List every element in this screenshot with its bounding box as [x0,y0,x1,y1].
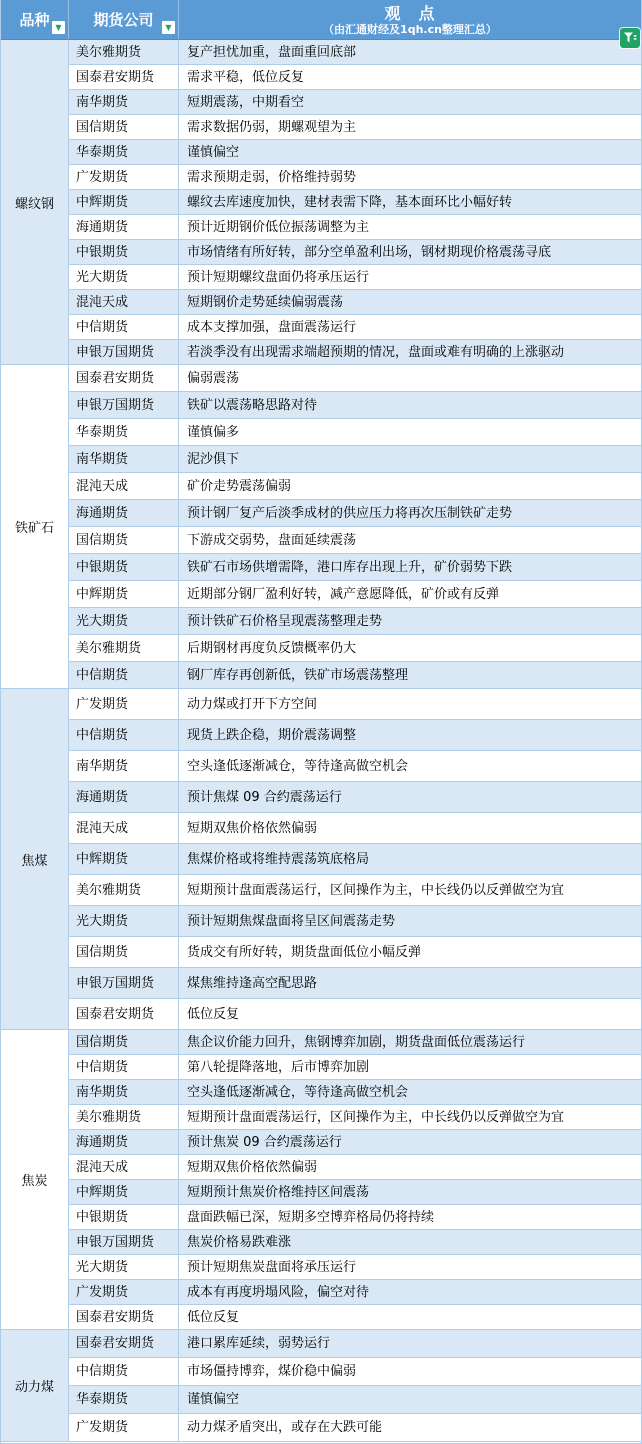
company-cell: 混沌天成 [69,1155,179,1179]
commodity-section-动力煤: 动力煤 国泰君安期货 港口累库延续，弱势运行 中信期货 市场僵持博弈，煤价稳中偏… [1,1330,641,1442]
table-row: 华泰期货 谨慎偏多 [69,419,641,446]
company-cell: 国泰君安期货 [69,1330,179,1357]
company-cell: 华泰期货 [69,419,179,445]
table-header: 品种 ▼ 期货公司 ▼ 观 点 （由汇通财经及1qh.cn整理汇总） [1,0,641,40]
table-row: 海通期货 预计焦炭 09 合约震荡运行 [69,1130,641,1155]
funnel-glyph [623,31,637,45]
filter-funnel-icon[interactable] [620,28,640,48]
section-rows: 美尔雅期货 复产担忧加重，盘面重回底部 国泰君安期货 需求平稳，低位反复 南华期… [69,40,641,365]
company-cell: 中辉期货 [69,190,179,214]
category-label: 螺纹钢 [15,193,54,212]
table-row: 中信期货 第八轮提降落地，后市博弈加剧 [69,1055,641,1080]
table-row: 南华期货 空头逢低逐渐减仓，等待逢高做空机会 [69,751,641,782]
table-row: 申银万国期货 煤焦维持逢高空配思路 [69,968,641,999]
table-row: 国信期货 焦企议价能力回升，焦钢博弈加剧，期货盘面低位震荡运行 [69,1030,641,1055]
opinion-cell: 偏弱震荡 [179,365,641,391]
company-cell: 国泰君安期货 [69,365,179,391]
company-cell: 中信期货 [69,720,179,750]
variety-header-label: 品种 [19,9,49,30]
category-label: 铁矿石 [15,517,54,536]
company-cell: 美尔雅期货 [69,1105,179,1129]
commodity-section-焦煤: 焦煤 广发期货 动力煤或打开下方空间 中信期货 现货上跌企稳，期价震荡调整 南华… [1,689,641,1030]
company-cell: 中银期货 [69,1205,179,1229]
table-row: 中信期货 钢厂库存再创新低，铁矿市场震荡整理 [69,662,641,689]
company-cell: 中辉期货 [69,844,179,874]
table-row: 美尔雅期货 短期预计盘面震荡运行，区间操作为主，中长线仍以反弹做空为宜 [69,1105,641,1130]
category-label: 焦炭 [21,1170,47,1189]
company-cell: 中辉期货 [69,581,179,607]
table-row: 广发期货 动力煤或打开下方空间 [69,689,641,720]
opinion-cell: 近期部分钢厂盈利好转，减产意愿降低，矿价或有反弹 [179,581,641,607]
table-row: 国泰君安期货 需求平稳，低位反复 [69,65,641,90]
company-cell: 华泰期货 [69,1386,179,1413]
opinion-cell: 空头逢低逐渐减仓，等待逢高做空机会 [179,751,641,781]
opinion-cell: 螺纹去库速度加快，建材表需下降，基本面环比小幅好转 [179,190,641,214]
column-header-variety: 品种 ▼ [1,0,69,39]
table-row: 中辉期货 焦煤价格或将维持震荡筑底格局 [69,844,641,875]
opinion-cell: 动力煤或打开下方空间 [179,689,641,719]
company-cell: 海通期货 [69,500,179,526]
company-cell: 海通期货 [69,782,179,812]
opinion-cell: 短期钢价走势延续偏弱震荡 [179,290,641,314]
company-cell: 美尔雅期货 [69,875,179,905]
table-row: 国泰君安期货 偏弱震荡 [69,365,641,392]
company-cell: 混沌天成 [69,473,179,499]
company-cell: 中辉期货 [69,1180,179,1204]
opinion-cell: 泥沙俱下 [179,446,641,472]
commodity-section-焦炭: 焦炭 国信期货 焦企议价能力回升，焦钢博弈加剧，期货盘面低位震荡运行 中信期货 … [1,1030,641,1330]
company-cell: 广发期货 [69,165,179,189]
company-cell: 南华期货 [69,751,179,781]
column-header-company: 期货公司 ▼ [69,0,179,39]
opinion-cell: 需求预期走弱，价格维持弱势 [179,165,641,189]
company-cell: 南华期货 [69,1080,179,1104]
company-cell: 国信期货 [69,1030,179,1054]
table-row: 美尔雅期货 短期预计盘面震荡运行，区间操作为主，中长线仍以反弹做空为宜 [69,875,641,906]
category-label: 焦煤 [21,850,47,869]
opinion-cell: 第八轮提降落地，后市博弈加剧 [179,1055,641,1079]
opinion-cell: 预计铁矿石价格呈现震荡整理走势 [179,608,641,634]
column-header-viewpoint: 观 点 （由汇通财经及1qh.cn整理汇总） [179,0,641,39]
company-cell: 海通期货 [69,1130,179,1154]
opinion-cell: 预计短期焦煤盘面将呈区间震荡走势 [179,906,641,936]
commodity-section-铁矿石: 铁矿石 国泰君安期货 偏弱震荡 申银万国期货 铁矿以震荡略思路对待 华泰期货 谨… [1,365,641,689]
opinion-cell: 焦企议价能力回升，焦钢博弈加剧，期货盘面低位震荡运行 [179,1030,641,1054]
table-row: 中信期货 成本支撑加强，盘面震荡运行 [69,315,641,340]
table-row: 混沌天成 短期钢价走势延续偏弱震荡 [69,290,641,315]
table-row: 南华期货 泥沙俱下 [69,446,641,473]
table-row: 光大期货 预计短期螺纹盘面仍将承压运行 [69,265,641,290]
table-row: 中辉期货 短期预计焦炭价格维持区间震荡 [69,1180,641,1205]
opinion-cell: 钢厂库存再创新低，铁矿市场震荡整理 [179,662,641,688]
company-cell: 广发期货 [69,689,179,719]
company-cell: 混沌天成 [69,290,179,314]
section-rows: 广发期货 动力煤或打开下方空间 中信期货 现货上跌企稳，期价震荡调整 南华期货 … [69,689,641,1030]
company-cell: 中银期货 [69,240,179,264]
opinion-cell: 焦炭价格易跌难涨 [179,1230,641,1254]
section-rows: 国泰君安期货 偏弱震荡 申银万国期货 铁矿以震荡略思路对待 华泰期货 谨慎偏多 … [69,365,641,689]
table-row: 混沌天成 短期双焦价格依然偏弱 [69,1155,641,1180]
company-cell: 美尔雅期货 [69,635,179,661]
opinion-cell: 铁矿以震荡略思路对待 [179,392,641,418]
table-row: 光大期货 预计短期焦煤盘面将呈区间震荡走势 [69,906,641,937]
table-row: 中信期货 现货上跌企稳，期价震荡调整 [69,720,641,751]
opinion-cell: 动力煤矛盾突出，或存在大跌可能 [179,1414,641,1441]
company-cell: 美尔雅期货 [69,40,179,64]
opinion-cell: 预计焦煤 09 合约震荡运行 [179,782,641,812]
company-cell: 海通期货 [69,215,179,239]
opinion-cell: 市场僵持博弈，煤价稳中偏弱 [179,1358,641,1385]
table-row: 美尔雅期货 复产担忧加重，盘面重回底部 [69,40,641,65]
commodity-section-螺纹钢: 螺纹钢 美尔雅期货 复产担忧加重，盘面重回底部 国泰君安期货 需求平稳，低位反复… [1,40,641,365]
category-cell: 焦炭 [1,1030,69,1330]
company-cell: 申银万国期货 [69,1230,179,1254]
opinion-cell: 预计近期钢价低位振荡调整为主 [179,215,641,239]
company-filter-dropdown-icon[interactable]: ▼ [162,21,175,34]
table-row: 国信期货 需求数据仍弱，期螺观望为主 [69,115,641,140]
viewpoint-title: 观 点 [384,4,435,23]
company-cell: 光大期货 [69,906,179,936]
table-row: 国信期货 货成交有所好转，期货盘面低位小幅反弹 [69,937,641,968]
opinion-cell: 若淡季没有出现需求端超预期的情况，盘面或难有明确的上涨驱动 [179,340,641,364]
opinion-cell: 煤焦维持逢高空配思路 [179,968,641,998]
table-row: 海通期货 预计近期钢价低位振荡调整为主 [69,215,641,240]
company-cell: 光大期货 [69,608,179,634]
section-rows: 国泰君安期货 港口累库延续，弱势运行 中信期货 市场僵持博弈，煤价稳中偏弱 华泰… [69,1330,641,1442]
opinion-cell: 预计短期焦炭盘面将承压运行 [179,1255,641,1279]
table-body: 螺纹钢 美尔雅期货 复产担忧加重，盘面重回底部 国泰君安期货 需求平稳，低位反复… [1,40,641,1442]
table-row: 中银期货 铁矿石市场供增需降，港口库存出现上升，矿价弱势下跌 [69,554,641,581]
table-row: 海通期货 预计钢厂复产后淡季成材的供应压力将再次压制铁矿走势 [69,500,641,527]
company-cell: 申银万国期货 [69,340,179,364]
table-row: 中信期货 市场僵持博弈，煤价稳中偏弱 [69,1358,641,1386]
table-row: 申银万国期货 铁矿以震荡略思路对待 [69,392,641,419]
opinion-cell: 成本有再度坍塌风险，偏空对待 [179,1280,641,1304]
table-row: 国泰君安期货 低位反复 [69,1305,641,1330]
opinion-cell: 短期预计焦炭价格维持区间震荡 [179,1180,641,1204]
opinion-cell: 焦煤价格或将维持震荡筑底格局 [179,844,641,874]
opinion-cell: 预计短期螺纹盘面仍将承压运行 [179,265,641,289]
company-cell: 国泰君安期货 [69,1305,179,1329]
category-cell: 动力煤 [1,1330,69,1442]
company-cell: 广发期货 [69,1280,179,1304]
opinion-cell: 复产担忧加重，盘面重回底部 [179,40,641,64]
opinion-cell: 空头逢低逐渐减仓，等待逢高做空机会 [179,1080,641,1104]
opinion-cell: 需求平稳，低位反复 [179,65,641,89]
opinion-cell: 短期预计盘面震荡运行，区间操作为主，中长线仍以反弹做空为宜 [179,1105,641,1129]
company-cell: 广发期货 [69,1414,179,1441]
opinion-cell: 下游成交弱势，盘面延续震荡 [179,527,641,553]
futures-opinion-table: 品种 ▼ 期货公司 ▼ 观 点 （由汇通财经及1qh.cn整理汇总） 螺纹钢 美… [0,0,642,1444]
opinion-cell: 货成交有所好转，期货盘面低位小幅反弹 [179,937,641,967]
opinion-cell: 现货上跌企稳，期价震荡调整 [179,720,641,750]
opinion-cell: 成本支撑加强，盘面震荡运行 [179,315,641,339]
table-row: 混沌天成 短期双焦价格依然偏弱 [69,813,641,844]
company-cell: 光大期货 [69,1255,179,1279]
table-row: 广发期货 成本有再度坍塌风险，偏空对待 [69,1280,641,1305]
table-row: 中银期货 市场情绪有所好转，部分空单盈利出场，钢材期现价格震荡寻底 [69,240,641,265]
opinion-cell: 铁矿石市场供增需降，港口库存出现上升，矿价弱势下跌 [179,554,641,580]
table-row: 华泰期货 谨慎偏空 [69,140,641,165]
company-cell: 国信期货 [69,115,179,139]
opinion-cell: 短期预计盘面震荡运行，区间操作为主，中长线仍以反弹做空为宜 [179,875,641,905]
table-row: 申银万国期货 焦炭价格易跌难涨 [69,1230,641,1255]
opinion-cell: 市场情绪有所好转，部分空单盈利出场，钢材期现价格震荡寻底 [179,240,641,264]
opinion-cell: 港口累库延续，弱势运行 [179,1330,641,1357]
opinion-cell: 低位反复 [179,999,641,1029]
opinion-cell: 盘面跌幅已深，短期多空博弈格局仍将持续 [179,1205,641,1229]
category-label: 动力煤 [15,1376,54,1395]
company-cell: 南华期货 [69,90,179,114]
company-cell: 中信期货 [69,315,179,339]
table-row: 南华期货 短期震荡，中期看空 [69,90,641,115]
table-row: 海通期货 预计焦煤 09 合约震荡运行 [69,782,641,813]
company-header-label: 期货公司 [93,9,153,30]
table-row: 中辉期货 螺纹去库速度加快，建材表需下降，基本面环比小幅好转 [69,190,641,215]
company-cell: 国泰君安期货 [69,999,179,1029]
company-cell: 国泰君安期货 [69,65,179,89]
opinion-cell: 短期震荡，中期看空 [179,90,641,114]
opinion-cell: 需求数据仍弱，期螺观望为主 [179,115,641,139]
opinion-cell: 后期钢材再度负反馈概率仍大 [179,635,641,661]
company-cell: 中信期货 [69,662,179,688]
variety-filter-dropdown-icon[interactable]: ▼ [52,21,65,34]
opinion-cell: 预计焦炭 09 合约震荡运行 [179,1130,641,1154]
table-row: 国泰君安期货 低位反复 [69,999,641,1030]
table-row: 申银万国期货 若淡季没有出现需求端超预期的情况，盘面或难有明确的上涨驱动 [69,340,641,365]
viewpoint-subtitle: （由汇通财经及1qh.cn整理汇总） [323,23,497,36]
section-rows: 国信期货 焦企议价能力回升，焦钢博弈加剧，期货盘面低位震荡运行 中信期货 第八轮… [69,1030,641,1330]
table-row: 华泰期货 谨慎偏空 [69,1386,641,1414]
opinion-cell: 谨慎偏空 [179,140,641,164]
table-row: 中辉期货 近期部分钢厂盈利好转，减产意愿降低，矿价或有反弹 [69,581,641,608]
table-row: 美尔雅期货 后期钢材再度负反馈概率仍大 [69,635,641,662]
table-row: 光大期货 预计短期焦炭盘面将承压运行 [69,1255,641,1280]
opinion-cell: 低位反复 [179,1305,641,1329]
company-cell: 中信期货 [69,1055,179,1079]
category-cell: 铁矿石 [1,365,69,689]
company-cell: 申银万国期货 [69,392,179,418]
table-row: 南华期货 空头逢低逐渐减仓，等待逢高做空机会 [69,1080,641,1105]
company-cell: 南华期货 [69,446,179,472]
table-row: 中银期货 盘面跌幅已深，短期多空博弈格局仍将持续 [69,1205,641,1230]
table-row: 国信期货 下游成交弱势，盘面延续震荡 [69,527,641,554]
table-row: 广发期货 需求预期走弱，价格维持弱势 [69,165,641,190]
table-row: 混沌天成 矿价走势震荡偏弱 [69,473,641,500]
opinion-cell: 谨慎偏空 [179,1386,641,1413]
company-cell: 国信期货 [69,527,179,553]
opinion-cell: 短期双焦价格依然偏弱 [179,1155,641,1179]
company-cell: 光大期货 [69,265,179,289]
category-cell: 螺纹钢 [1,40,69,365]
opinion-cell: 预计钢厂复产后淡季成材的供应压力将再次压制铁矿走势 [179,500,641,526]
company-cell: 中信期货 [69,1358,179,1385]
opinion-cell: 谨慎偏多 [179,419,641,445]
table-row: 广发期货 动力煤矛盾突出，或存在大跌可能 [69,1414,641,1442]
company-cell: 华泰期货 [69,140,179,164]
company-cell: 国信期货 [69,937,179,967]
table-row: 国泰君安期货 港口累库延续，弱势运行 [69,1330,641,1358]
category-cell: 焦煤 [1,689,69,1030]
company-cell: 混沌天成 [69,813,179,843]
opinion-cell: 矿价走势震荡偏弱 [179,473,641,499]
company-cell: 申银万国期货 [69,968,179,998]
table-row: 光大期货 预计铁矿石价格呈现震荡整理走势 [69,608,641,635]
company-cell: 中银期货 [69,554,179,580]
opinion-cell: 短期双焦价格依然偏弱 [179,813,641,843]
